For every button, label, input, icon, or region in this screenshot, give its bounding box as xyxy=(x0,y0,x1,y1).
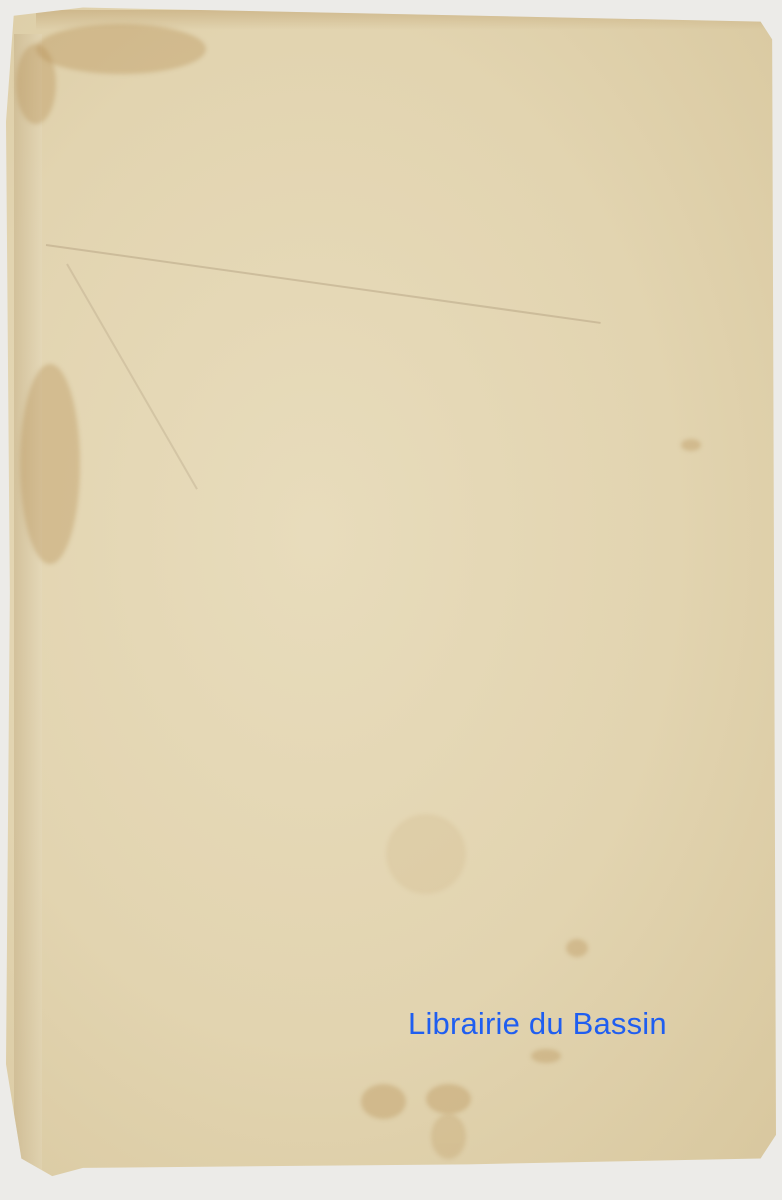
water-stain-corner xyxy=(16,44,56,124)
water-stain-bottom-2 xyxy=(426,1084,471,1114)
water-stain-bottom-3 xyxy=(431,1114,466,1159)
spine-edge xyxy=(14,34,42,1184)
watermark-text: Librairie du Bassin xyxy=(408,1006,667,1042)
foxing-spot-right xyxy=(681,439,701,451)
paper-crease-diagonal xyxy=(66,264,198,490)
water-stain-bottom-4 xyxy=(531,1049,561,1063)
faint-stain-center xyxy=(386,814,466,894)
water-stain-left xyxy=(20,364,80,564)
water-stain-bottom-1 xyxy=(361,1084,406,1119)
foxing-spot xyxy=(566,939,588,957)
water-stain-top xyxy=(36,24,206,74)
paper-crease xyxy=(46,244,601,324)
